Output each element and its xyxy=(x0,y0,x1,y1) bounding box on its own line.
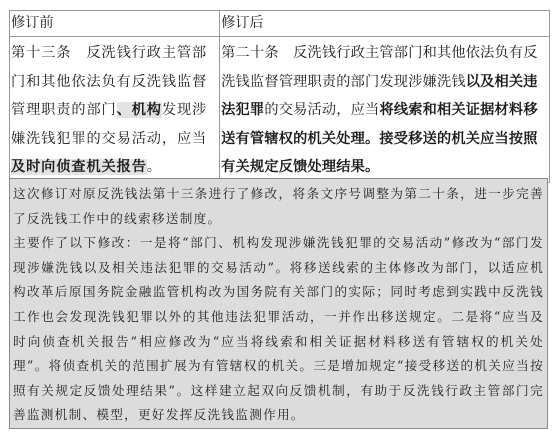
commentary-box: 这次修订对原反洗钱法第十三条进行了修改，将条文序号调整为第二十条，进一步完善了反… xyxy=(9,178,548,429)
after-cell: 第二十条 反洗钱行政主管部门和其他依法负有反洗钱监督管理职责的部门发现涉嫌洗钱以… xyxy=(220,37,550,183)
commentary-paragraph-2: 主要作了以下修改：一是将“部门、机构发现涉嫌洗钱犯罪的交易活动”修改为“部门发现… xyxy=(13,231,544,428)
comparison-table: 修订前 修订后 第十三条 反洗钱行政主管部门和其他依法负有反洗钱监督管理职责的部… xyxy=(9,10,550,183)
before-text: 第十三条 反洗钱行政主管部门和其他依法负有反洗钱监督管理职责的部门、机构发现涉嫌… xyxy=(11,37,218,182)
before-seg-3-highlight: 及时向侦查机关报告 xyxy=(11,159,147,175)
header-before: 修订前 xyxy=(10,11,220,37)
before-seg-1-highlight: 、机构 xyxy=(117,102,162,118)
before-seg-4: 。 xyxy=(147,159,162,175)
header-after: 修订后 xyxy=(220,11,550,37)
before-cell: 第十三条 反洗钱行政主管部门和其他依法负有反洗钱监督管理职责的部门、机构发现涉嫌… xyxy=(10,37,220,183)
after-seg-2: 的交易活动，应当 xyxy=(264,102,379,118)
after-text: 第二十条 反洗钱行政主管部门和其他依法负有反洗钱监督管理职责的部门发现涉嫌洗钱以… xyxy=(221,37,548,182)
header-row: 修订前 修订后 xyxy=(10,11,550,37)
content-row: 第十三条 反洗钱行政主管部门和其他依法负有反洗钱监督管理职责的部门、机构发现涉嫌… xyxy=(10,37,550,183)
commentary-paragraph-1: 这次修订对原反洗钱法第十三条进行了修改，将条文序号调整为第二十条，进一步完善了反… xyxy=(13,182,544,231)
